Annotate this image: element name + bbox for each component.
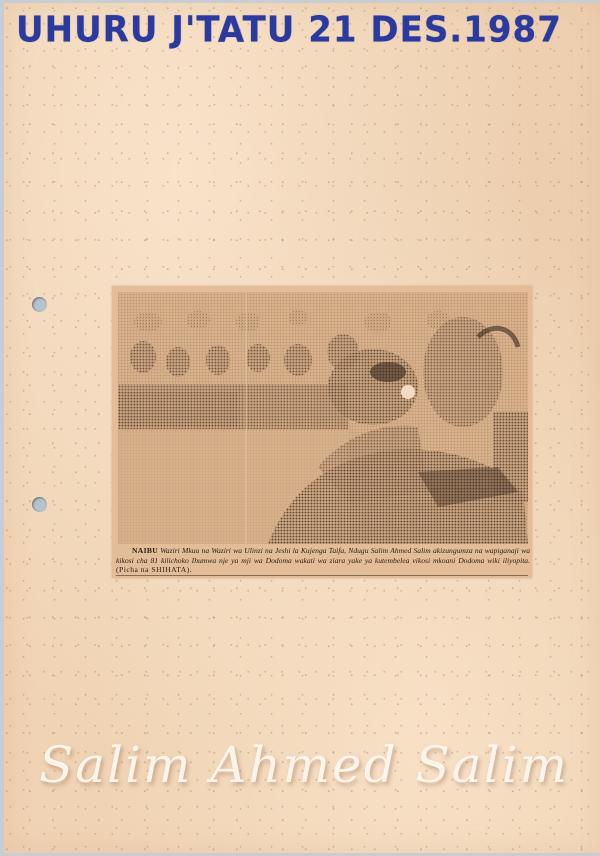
signature-text: Salim Ahmed Salim bbox=[34, 736, 574, 794]
binder-hole-top bbox=[32, 297, 47, 312]
handwritten-date-note: UHURU J'TATU 21 DES.1987 bbox=[16, 9, 600, 51]
scanned-page: UHURU J'TATU 21 DES.1987 bbox=[4, 3, 600, 853]
caption-body: Waziri Mkuu na Waziri wa Ulinzi na Jeshi… bbox=[116, 546, 530, 565]
photo-caption: NAIBU Waziri Mkuu na Waziri wa Ulinzi na… bbox=[116, 546, 530, 575]
newspaper-photo bbox=[118, 292, 528, 544]
signature-watermark: Salim Ahmed Salim bbox=[34, 718, 574, 828]
caption-credit: (Picha na SHIHATA). bbox=[116, 565, 192, 574]
photo-halftone-illustration bbox=[118, 292, 528, 544]
caption-divider bbox=[116, 575, 528, 576]
caption-lead: NAIBU bbox=[116, 546, 158, 555]
newspaper-clipping: NAIBU Waziri Mkuu na Waziri wa Ulinzi na… bbox=[112, 286, 532, 578]
binder-hole-bottom bbox=[32, 497, 47, 512]
